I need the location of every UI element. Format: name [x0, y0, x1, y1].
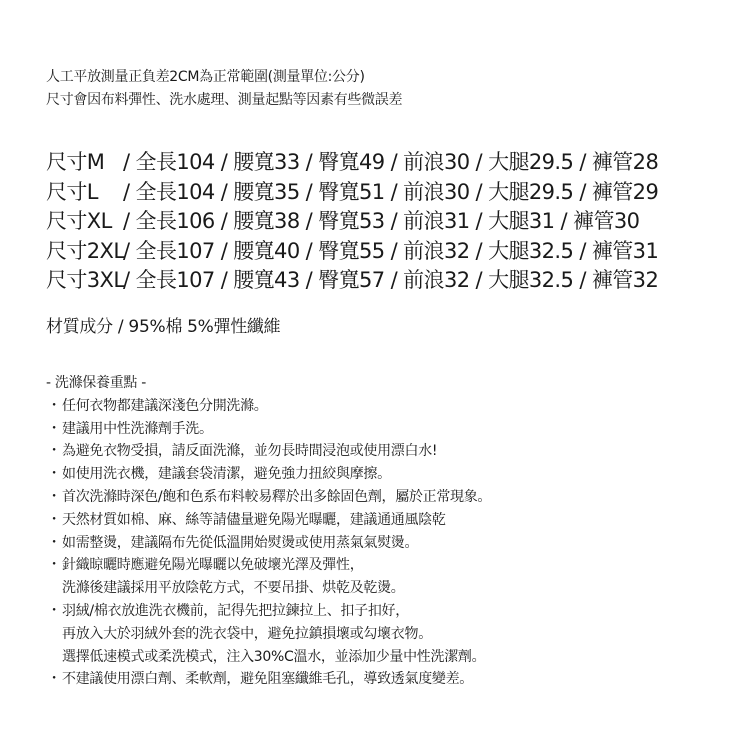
care-text: 如需整燙，建議隔布先從低溫開始熨燙或使用蒸氣氣熨燙。: [62, 535, 418, 551]
care-text: 羽絨/棉衣放進洗衣機前，記得先把拉鍊拉上、扣子扣好，: [62, 603, 409, 619]
care-item: ・任何衣物都建議深淺色分開洗滌。: [46, 395, 491, 418]
note-line-tolerance: 人工平放測量正負差2CM為正常範圍(測量單位:公分): [46, 66, 402, 89]
care-text: 為避免衣物受損，請反面洗滌，並勿長時間浸泡或使用漂白水!: [62, 443, 437, 459]
measurement-notes: 人工平放測量正負差2CM為正常範圍(測量單位:公分) 尺寸會因布料彈性、洗水處理…: [46, 66, 402, 112]
care-text-continued: 洗滌後建議採用平放陰乾方式，不要吊掛、烘乾及乾燙。: [46, 577, 491, 600]
material-composition: 材質成分 / 95%棉 5%彈性纖維: [46, 314, 280, 340]
care-text: 針織晾曬時應避免陽光曝曬以免破壞光澤及彈性，: [62, 557, 363, 573]
care-text: 任何衣物都建議深淺色分開洗滌。: [62, 398, 268, 414]
care-text: 不建議使用漂白劑、柔軟劑，避免阻塞纖維毛孔，導致透氣度變差。: [62, 671, 473, 687]
care-item: ・如需整燙，建議隔布先從低溫開始熨燙或使用蒸氣氣熨燙。: [46, 532, 491, 555]
size-label: 尺寸M: [46, 148, 123, 178]
size-spec: / 全長106 / 腰寬38 / 臀寬53 / 前浪31 / 大腿31 / 褲管…: [123, 209, 639, 233]
size-label: 尺寸3XL: [46, 266, 123, 296]
care-text-continued: 選擇低速模式或柔洗模式，注入30%C溫水，並添加少量中性洗潔劑。: [46, 646, 491, 669]
care-item: ・為避免衣物受損，請反面洗滌，並勿長時間浸泡或使用漂白水!: [46, 440, 491, 463]
care-instructions: - 洗滌保養重點 - ・任何衣物都建議深淺色分開洗滌。 ・建議用中性洗滌劑手洗。…: [46, 372, 491, 691]
bullet-icon: ・: [46, 418, 62, 441]
size-label: 尺寸2XL: [46, 237, 123, 267]
bullet-icon: ・: [46, 395, 62, 418]
care-item: ・建議用中性洗滌劑手洗。: [46, 418, 491, 441]
care-item: ・不建議使用漂白劑、柔軟劑，避免阻塞纖維毛孔，導致透氣度變差。: [46, 668, 491, 691]
bullet-icon: ・: [46, 532, 62, 555]
care-text: 首次洗滌時深色/飽和色系布料較易釋於出多餘固色劑，屬於正常現象。: [62, 489, 491, 505]
bullet-icon: ・: [46, 463, 62, 486]
care-text: 如使用洗衣機，建議套袋清潔，避免強力扭絞與摩擦。: [62, 466, 391, 482]
size-chart: 尺寸M/ 全長104 / 腰寬33 / 臀寬49 / 前浪30 / 大腿29.5…: [46, 148, 658, 296]
size-spec: / 全長104 / 腰寬33 / 臀寬49 / 前浪30 / 大腿29.5 / …: [123, 150, 658, 174]
note-line-variance: 尺寸會因布料彈性、洗水處理、測量起點等因素有些微誤差: [46, 89, 402, 112]
care-title: - 洗滌保養重點 -: [46, 372, 491, 395]
size-spec: / 全長104 / 腰寬35 / 臀寬51 / 前浪30 / 大腿29.5 / …: [123, 180, 658, 204]
bullet-icon: ・: [46, 440, 62, 463]
size-label: 尺寸L: [46, 178, 123, 208]
care-text-continued: 再放入大於羽絨外套的洗衣袋中，避免拉鎮損壞或勾壞衣物。: [46, 623, 491, 646]
care-item: ・針織晾曬時應避免陽光曝曬以免破壞光澤及彈性， 洗滌後建議採用平放陰乾方式，不要…: [46, 554, 491, 600]
size-row-3xl: 尺寸3XL/ 全長107 / 腰寬43 / 臀寬57 / 前浪32 / 大腿32…: [46, 266, 658, 296]
size-row-l: 尺寸L/ 全長104 / 腰寬35 / 臀寬51 / 前浪30 / 大腿29.5…: [46, 178, 658, 208]
care-item: ・首次洗滌時深色/飽和色系布料較易釋於出多餘固色劑，屬於正常現象。: [46, 486, 491, 509]
care-text: 建議用中性洗滌劑手洗。: [62, 421, 213, 437]
bullet-icon: ・: [46, 509, 62, 532]
size-spec: / 全長107 / 腰寬40 / 臀寬55 / 前浪32 / 大腿32.5 / …: [123, 239, 658, 263]
bullet-icon: ・: [46, 486, 62, 509]
bullet-icon: ・: [46, 668, 62, 691]
size-row-xl: 尺寸XL/ 全長106 / 腰寬38 / 臀寬53 / 前浪31 / 大腿31 …: [46, 207, 658, 237]
care-item: ・天然材質如棉、麻、絲等請儘量避免陽光曝曬，建議通通風陰乾: [46, 509, 491, 532]
care-item: ・羽絨/棉衣放進洗衣機前，記得先把拉鍊拉上、扣子扣好， 再放入大於羽絨外套的洗衣…: [46, 600, 491, 668]
bullet-icon: ・: [46, 554, 62, 577]
size-label: 尺寸XL: [46, 207, 123, 237]
bullet-icon: ・: [46, 600, 62, 623]
size-row-m: 尺寸M/ 全長104 / 腰寬33 / 臀寬49 / 前浪30 / 大腿29.5…: [46, 148, 658, 178]
size-row-2xl: 尺寸2XL/ 全長107 / 腰寬40 / 臀寬55 / 前浪32 / 大腿32…: [46, 237, 658, 267]
care-item: ・如使用洗衣機，建議套袋清潔，避免強力扭絞與摩擦。: [46, 463, 491, 486]
care-text: 天然材質如棉、麻、絲等請儘量避免陽光曝曬，建議通通風陰乾: [62, 512, 446, 528]
size-spec: / 全長107 / 腰寬43 / 臀寬57 / 前浪32 / 大腿32.5 / …: [123, 268, 658, 292]
